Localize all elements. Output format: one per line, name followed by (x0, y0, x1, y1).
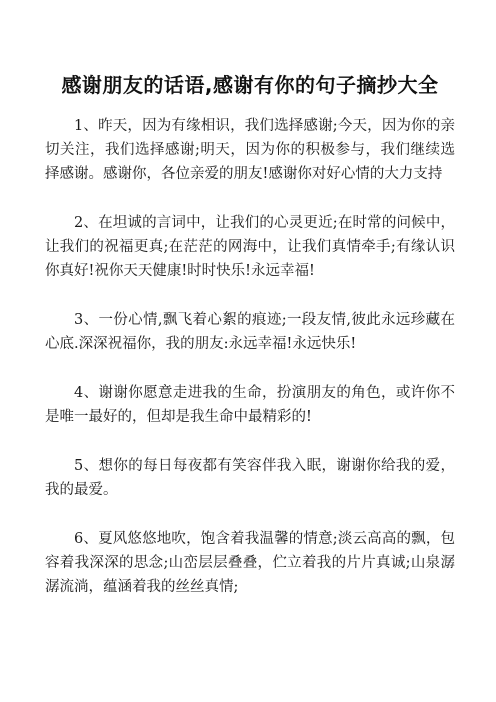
paragraph-1: 1、昨天，因为有缘相识，我们选择感谢;今天，因为你的亲切关注，我们选择感谢;明天… (45, 114, 455, 186)
paragraph-5: 5、想你的每日每夜都有笑容伴我入眠，谢谢你给我的爱，我的最爱。 (45, 454, 455, 502)
document-title: 感谢朋友的话语,感谢有你的句子摘抄大全 (45, 70, 455, 100)
paragraph-2: 2、在坦诚的言词中，让我们的心灵更近;在时常的问候中，让我们的祝福更真;在茫茫的… (45, 211, 455, 283)
paragraph-4: 4、谢谢你愿意走进我的生命，扮演朋友的角色，或许你不是唯一最好的，但却是我生命中… (45, 381, 455, 429)
document-page: 感谢朋友的话语,感谢有你的句子摘抄大全 1、昨天，因为有缘相识，我们选择感谢;今… (0, 0, 496, 702)
paragraph-6: 6、夏风悠悠地吹，饱含着我温馨的情意;淡云高高的飘，包容着我深深的思念;山峦层层… (45, 527, 455, 599)
paragraph-3: 3、一份心情,飘飞着心絮的痕迹;一段友情,彼此永远珍藏在心底.深深祝福你，我的朋… (45, 308, 455, 356)
